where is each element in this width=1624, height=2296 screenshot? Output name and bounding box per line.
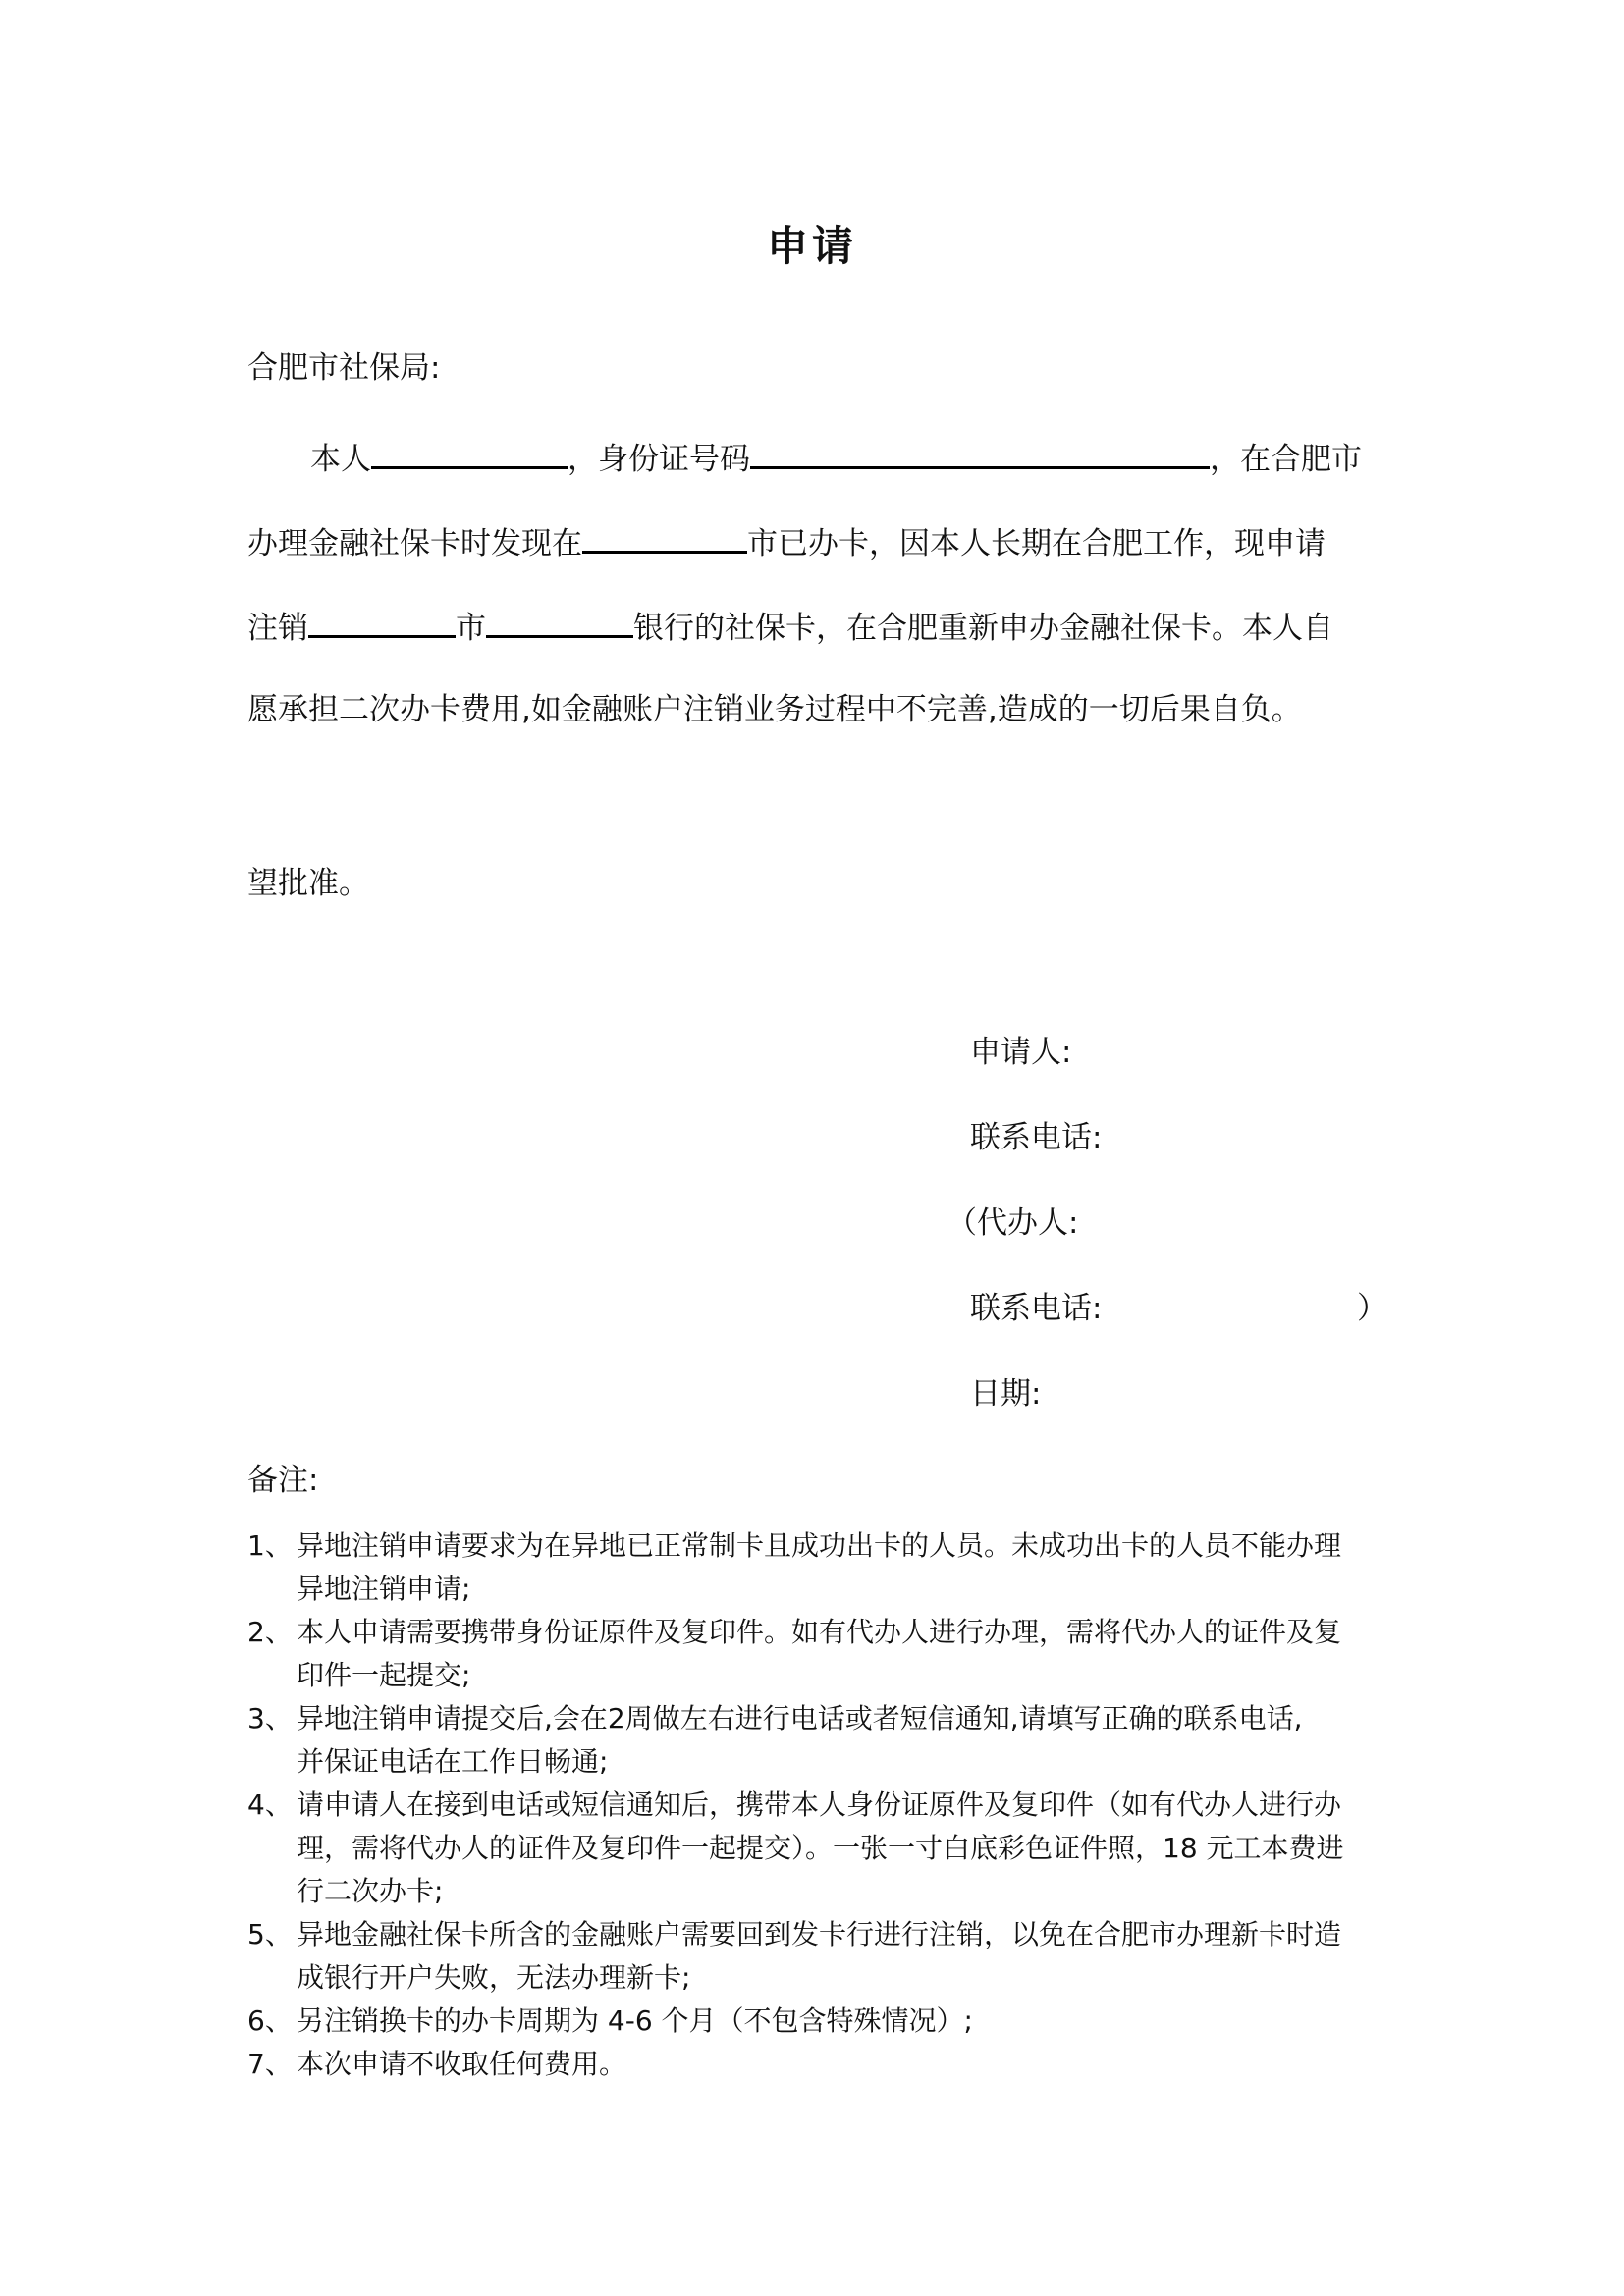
note-line: 印件一起提交; [297, 1654, 1386, 1697]
note-number: 1、 [247, 1524, 293, 1568]
note-number: 5、 [247, 1913, 293, 1956]
note-line: 本次申请不收取任何费用。 [297, 2043, 1386, 2086]
bank-blank-field[interactable] [486, 606, 633, 638]
note-number: 2、 [247, 1611, 293, 1654]
note-line: 异地金融社保卡所含的金融账户需要回到发卡行进行注销，以免在合肥市办理新卡时造 [297, 1913, 1386, 1956]
applicant-label: 申请人: [970, 1033, 1071, 1072]
text-self: 本人 [310, 442, 371, 477]
agent-close-paren: ） [1357, 1289, 1387, 1328]
note-line: 请申请人在接到电话或短信通知后，携带本人身份证原件及复印件（如有代办人进行办 [297, 1784, 1386, 1827]
paragraph-line-4: 愿承担二次办卡费用,如金融账户注销业务过程中不完善,造成的一切后果自负。 [247, 690, 1386, 729]
note-item-2: 2、 本人申请需要携带身份证原件及复印件。如有代办人进行办理，需将代办人的证件及… [247, 1611, 1386, 1697]
note-item-1: 1、 异地注销申请要求为在异地已正常制卡且成功出卡的人员。未成功出卡的人员不能办… [247, 1524, 1386, 1611]
paragraph-line-3: 注销市银行的社保卡，在合肥重新申办金融社保卡。本人自 [247, 606, 1386, 648]
text-self-bear: 愿承担二次办卡费用,如金融账户注销业务过程中不完善,造成的一切后果自负。 [247, 690, 1302, 729]
document-title: 申请 [0, 214, 1624, 273]
text-found-in: 办理金融社保卡时发现在 [247, 526, 582, 561]
agent-phone-label: 联系电话: [970, 1289, 1102, 1328]
note-line: 异地注销申请要求为在异地已正常制卡且成功出卡的人员。未成功出卡的人员不能办理 [297, 1524, 1386, 1568]
note-number: 4、 [247, 1784, 293, 1827]
date-label: 日期: [970, 1374, 1041, 1414]
text-cancel: 注销 [247, 611, 308, 646]
closing-text: 望批准。 [247, 864, 369, 903]
notes-title: 备注: [247, 1461, 318, 1500]
note-item-3: 3、 异地注销申请提交后,会在2周做左右进行电话或者短信通知,请填写正确的联系电… [247, 1697, 1386, 1784]
id-number-blank-field[interactable] [750, 437, 1210, 469]
text-already-card: 市已办卡，因本人长期在合肥工作，现申请 [747, 526, 1326, 561]
note-number: 6、 [247, 2000, 293, 2043]
note-item-7: 7、 本次申请不收取任何费用。 [247, 2043, 1386, 2086]
note-line: 并保证电话在工作日畅通; [297, 1740, 1386, 1784]
note-item-5: 5、 异地金融社保卡所含的金融账户需要回到发卡行进行注销，以免在合肥市办理新卡时… [247, 1913, 1386, 2000]
note-line: 成银行开户失败，无法办理新卡; [297, 1956, 1386, 2000]
paragraph-line-2: 办理金融社保卡时发现在市已办卡，因本人长期在合肥工作，现申请 [247, 521, 1386, 563]
text-bank-card: 银行的社保卡，在合肥重新申办金融社保卡。本人自 [633, 611, 1333, 646]
note-item-4: 4、 请申请人在接到电话或短信通知后，携带本人身份证原件及复印件（如有代办人进行… [247, 1784, 1386, 1913]
cancel-city-blank-field[interactable] [308, 606, 456, 638]
original-city-blank-field[interactable] [582, 521, 747, 554]
note-line: 行二次办卡; [297, 1870, 1386, 1913]
applicant-phone-label: 联系电话: [970, 1118, 1102, 1157]
text-in-hefei: ，在合肥市 [1210, 442, 1362, 477]
note-line: 异地注销申请提交后,会在2周做左右进行电话或者短信通知,请填写正确的联系电话, [297, 1697, 1386, 1740]
paragraph-line-1: 本人，身份证号码，在合肥市 [247, 437, 1386, 479]
note-line: 另注销换卡的办卡周期为 4-6 个月（不包含特殊情况）; [297, 2000, 1386, 2043]
salutation: 合肥市社保局: [247, 348, 440, 388]
note-item-6: 6、 另注销换卡的办卡周期为 4-6 个月（不包含特殊情况）; [247, 2000, 1386, 2043]
text-id-number: ，身份证号码 [568, 442, 750, 477]
note-line: 异地注销申请; [297, 1568, 1386, 1611]
note-line: 本人申请需要携带身份证原件及复印件。如有代办人进行办理，需将代办人的证件及复 [297, 1611, 1386, 1654]
note-number: 3、 [247, 1697, 293, 1740]
agent-label: （代办人: [947, 1203, 1078, 1243]
text-city: 市 [456, 611, 486, 646]
name-blank-field[interactable] [371, 437, 568, 469]
note-number: 7、 [247, 2043, 293, 2086]
note-line: 理，需将代办人的证件及复印件一起提交）。一张一寸白底彩色证件照，18 元工本费进 [297, 1827, 1386, 1870]
